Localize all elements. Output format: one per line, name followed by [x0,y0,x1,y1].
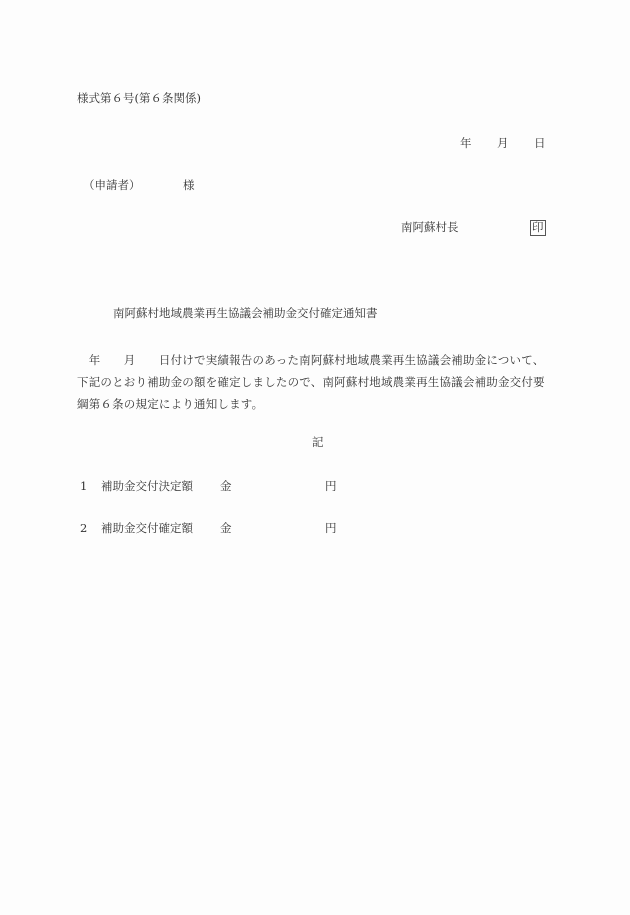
seal-stamp-icon: 印 [530,220,546,236]
sender-name: 南阿蘇村長 [401,222,459,234]
seal-box: 印 [530,220,546,236]
body-line-3: 綱第６条の規定により通知します。 [77,393,557,415]
form-number: 様式第６号(第６条関係) [77,93,201,105]
recipient-label: （申請者） [83,180,141,192]
item-amount-prefix: 金 [220,481,232,493]
item-amount-unit: 円 [325,481,337,493]
body-line-1: 年 月 日付けで実績報告のあった南阿蘇村地域農業再生協議会補助金について、 [77,349,557,371]
note-heading: 記 [312,437,324,449]
item-number: 2 [80,523,87,535]
item-label: 補助金交付決定額 [101,481,193,493]
date-day-label: 日 [534,138,546,150]
item-amount-prefix: 金 [220,523,232,535]
body-paragraph: 年 月 日付けで実績報告のあった南阿蘇村地域農業再生協議会補助金について、 下記… [77,349,557,415]
body-line-2: 下記のとおり補助金の額を確定しましたので、南阿蘇村地域農業再生協議会補助金交付要 [77,371,557,393]
date-year-label: 年 [460,138,472,150]
item-number: 1 [80,481,87,493]
recipient-honorific: 様 [183,180,195,192]
document-title: 南阿蘇村地域農業再生協議会補助金交付確定通知書 [113,308,378,320]
document-page: 様式第６号(第６条関係) 年 月 日 （申請者） 様 南阿蘇村長 印 南阿蘇村地… [0,0,630,915]
item-amount-unit: 円 [325,523,337,535]
item-label: 補助金交付確定額 [101,523,193,535]
date-month-label: 月 [497,138,509,150]
